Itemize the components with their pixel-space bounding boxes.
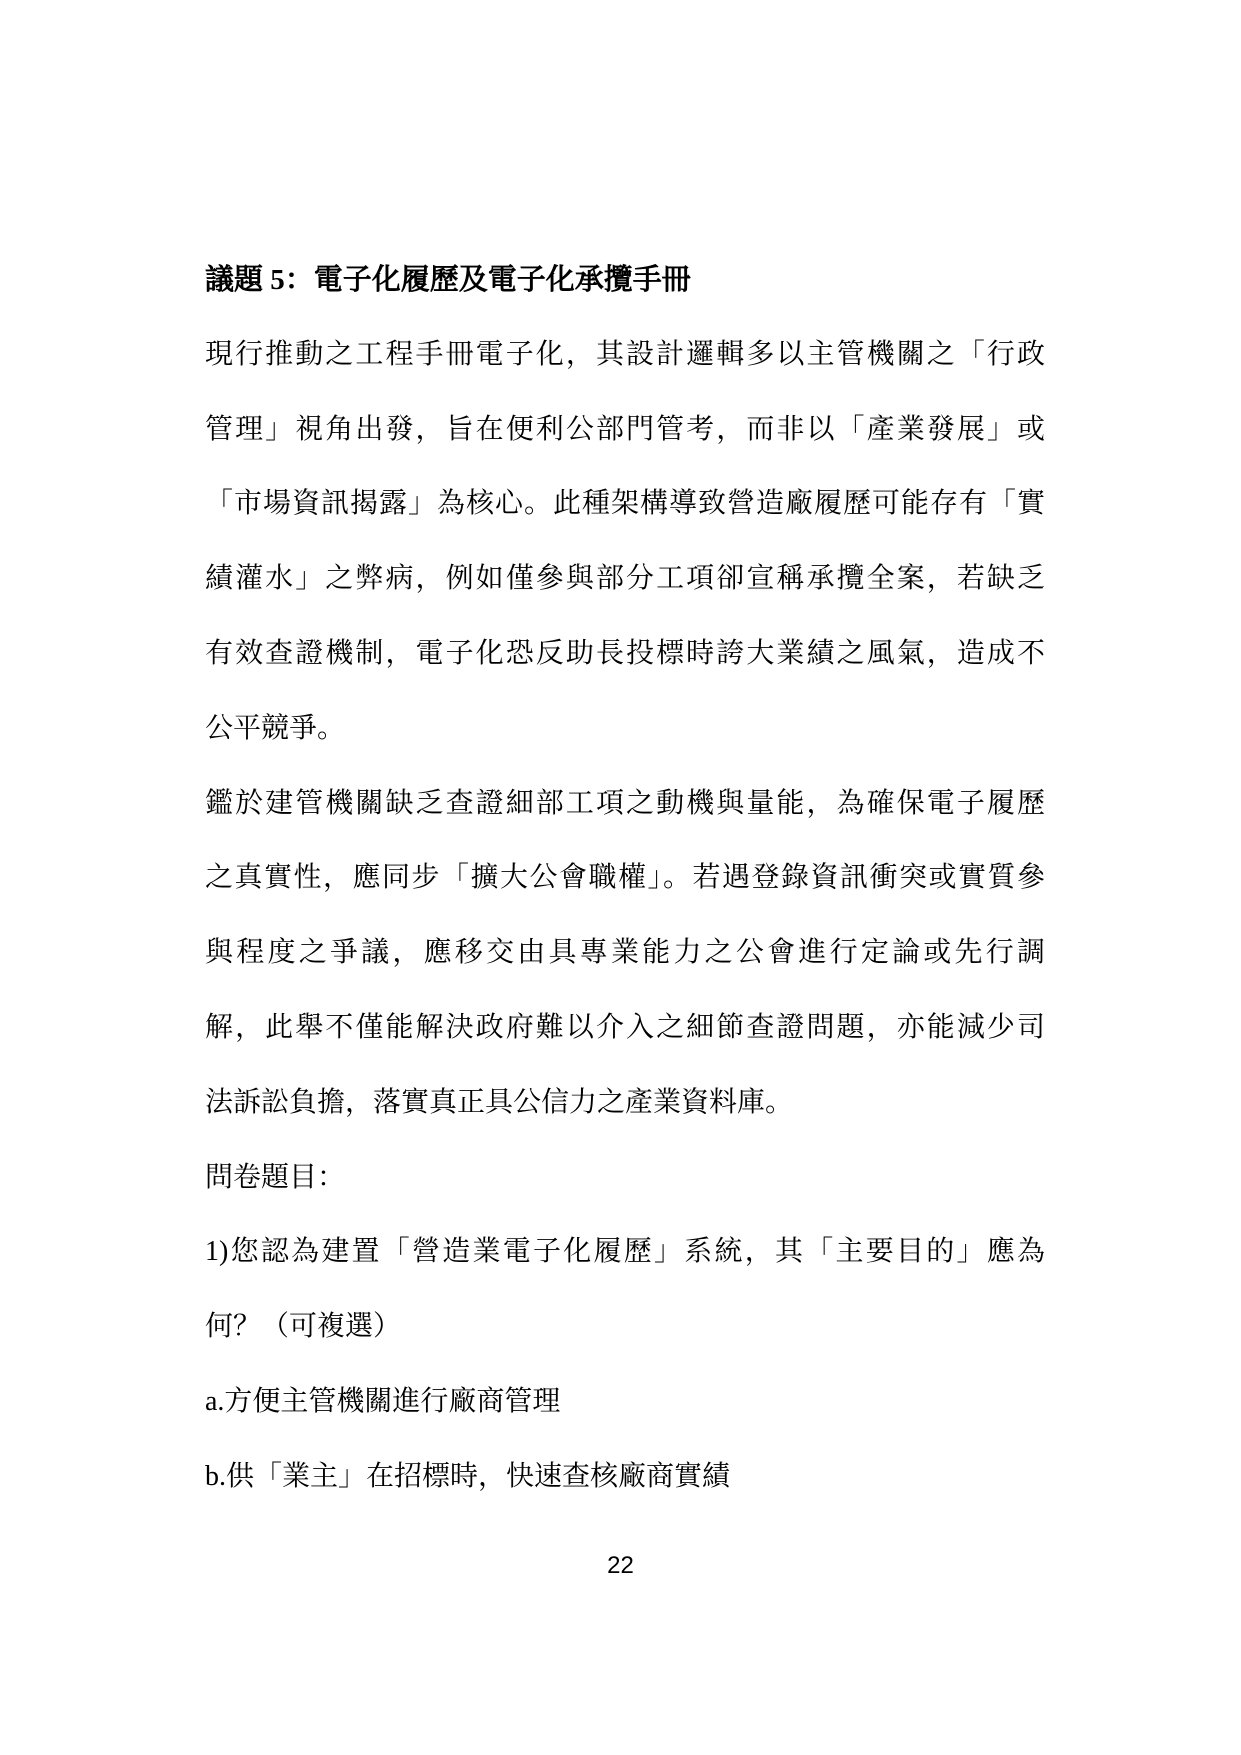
body-line: 管理」視角出發，旨在便利公部門管考，而非以「產業發展」或 [205,393,1045,468]
document-page: 議題 5：電子化履歷及電子化承攬手冊 現行推動之工程手冊電子化，其設計邏輯多以主… [0,0,1241,1755]
body-line: 「市場資訊揭露」為核心。此種架構導致營造廠履歷可能存有「實 [205,467,1045,542]
body-line: 有效查證機制，電子化恐反助長投標時誇大業績之風氣，造成不 [205,617,1045,692]
body-line: 法訴訟負擔，落實真正具公信力之產業資料庫。 [205,1066,1045,1141]
page-number: 22 [0,1548,1241,1584]
body-line: 之真實性，應同步「擴大公會職權」。若遇登錄資訊衝突或實質參 [205,841,1045,916]
body-line: 公平競爭。 [205,692,1045,767]
body-line: 解，此舉不僅能解決政府難以介入之細節查證問題，亦能減少司 [205,991,1045,1066]
body-line: 與程度之爭議，應移交由具專業能力之公會進行定論或先行調 [205,916,1045,991]
option-b: b.供「業主」在招標時，快速查核廠商實績 [205,1440,1045,1515]
page-content: 議題 5：電子化履歷及電子化承攬手冊 現行推動之工程手冊電子化，其設計邏輯多以主… [205,243,1045,1515]
questionnaire-label: 問卷題目： [205,1141,1045,1216]
section-heading: 議題 5：電子化履歷及電子化承攬手冊 [205,243,1045,318]
body-line: 現行推動之工程手冊電子化，其設計邏輯多以主管機關之「行政 [205,318,1045,393]
question-1-line: 何？（可複選） [205,1290,1045,1365]
question-1-line: 1)您認為建置「營造業電子化履歷」系統，其「主要目的」應為 [205,1215,1045,1290]
option-a: a.方便主管機關進行廠商管理 [205,1365,1045,1440]
body-line: 鑑於建管機關缺乏查證細部工項之動機與量能，為確保電子履歷 [205,767,1045,842]
body-line: 績灌水」之弊病，例如僅參與部分工項卻宣稱承攬全案，若缺乏 [205,542,1045,617]
